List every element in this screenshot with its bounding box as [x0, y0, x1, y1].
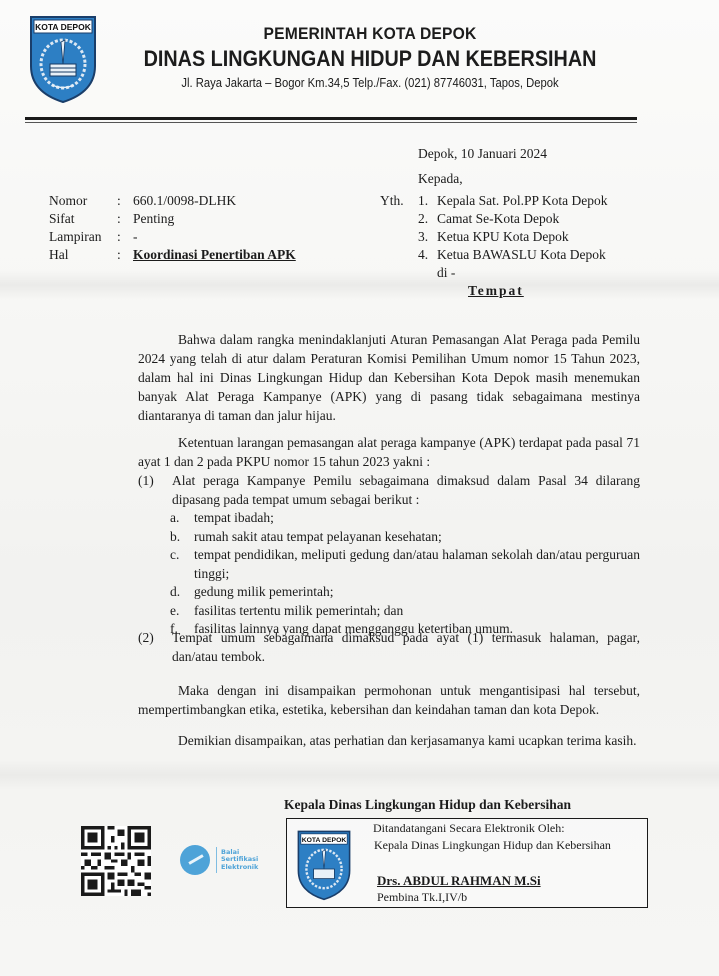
list-text: gedung milik pemerintah; [194, 583, 333, 602]
kota-depok-logo-icon: KOTA DEPOK [28, 14, 98, 104]
list-letter: c. [170, 546, 194, 583]
meta-value-subject: Koordinasi Penertiban APK [133, 246, 296, 264]
ayat-number: (2) [138, 628, 172, 647]
bsre-line: Elektronik [221, 864, 258, 872]
svg-text:KOTA DEPOK: KOTA DEPOK [35, 22, 92, 32]
recipient-item: 3. Ketua KPU Kota Depok [380, 228, 607, 246]
letter-meta: Nomor : 660.1/0098-DLHK Sifat : Penting … [49, 192, 296, 264]
signatory-name: Drs. ABDUL RAHMAN M.Si [377, 873, 541, 889]
recipient-text: Camat Se-Kota Depok [437, 210, 559, 228]
paragraph-3: Maka dengan ini disampaikan permohonan u… [138, 681, 640, 719]
recipient-text: Ketua BAWASLU Kota Depok [437, 246, 606, 264]
paragraph-text: Maka dengan ini disampaikan permohonan u… [138, 683, 640, 717]
meta-sep: : [117, 210, 133, 228]
letterhead-rule [25, 117, 637, 120]
paragraph-4: Demikian disampaikan, atas perhatian dan… [138, 731, 640, 750]
letter-date: Depok, 10 Januari 2024 [418, 146, 547, 162]
signatory-rank: Pembina Tk.I,IV/b [377, 890, 467, 905]
paragraph-text: Bahwa dalam rangka menindaklanjuti Atura… [138, 332, 640, 423]
meta-label: Nomor [49, 192, 117, 210]
letter-page: KOTA DEPOK PEMERINTAH KOTA DEPOK DINAS L… [0, 0, 719, 976]
meta-label: Sifat [49, 210, 117, 228]
meta-row-lampiran: Lampiran : - [49, 228, 296, 246]
svg-text:KOTA DEPOK: KOTA DEPOK [302, 837, 347, 844]
paragraph-text: Demikian disampaikan, atas perhatian dan… [178, 733, 636, 748]
recipient-num: 2. [418, 210, 437, 228]
letterhead-government: PEMERINTAH KOTA DEPOK [131, 24, 609, 44]
kota-depok-logo-icon: KOTA DEPOK [295, 829, 353, 901]
ayat-2: (2) Tempat umum sebagaimana dimaksud pad… [138, 628, 640, 666]
letterhead-agency: DINAS LINGKUNGAN HIDUP DAN KEBERSIHAN [136, 46, 604, 72]
paper-fold-shadow [0, 760, 719, 790]
list-item: a.tempat ibadah; [170, 509, 640, 528]
meta-row-sifat: Sifat : Penting [49, 210, 296, 228]
bsre-emblem-icon [180, 845, 210, 875]
letterhead-address: Jl. Raya Jakarta – Bogor Km.34,5 Telp./F… [136, 76, 604, 90]
list-text: tempat pendidikan, meliputi gedung dan/a… [194, 546, 640, 583]
recipient-num: 1. [418, 192, 437, 210]
letterhead: PEMERINTAH KOTA DEPOK DINAS LINGKUNGAN H… [110, 24, 630, 90]
list-text: rumah sakit atau tempat pelayanan keseha… [194, 528, 442, 547]
meta-value: - [133, 228, 138, 246]
prohibited-places-list: a.tempat ibadah; b.rumah sakit atau temp… [170, 509, 640, 639]
recipient-item: 2. Camat Se-Kota Depok [380, 210, 607, 228]
bsre-text: Balai Sertifikasi Elektronik [221, 849, 258, 872]
electronic-signature-box: KOTA DEPOK Ditandatangani Secara Elektro… [286, 818, 648, 908]
bsre-divider [216, 847, 217, 873]
signature-position: Kepala Dinas Lingkungan Hidup dan Kebers… [374, 838, 611, 853]
list-letter: d. [170, 583, 194, 602]
list-item: d.gedung milik pemerintah; [170, 583, 640, 602]
recipient-prefix: Yth. [380, 192, 418, 210]
meta-label: Hal [49, 246, 117, 264]
meta-sep: : [117, 228, 133, 246]
paragraph-2: Ketentuan larangan pemasangan alat perag… [138, 433, 640, 471]
recipient-di: di - [437, 264, 607, 282]
list-item: b.rumah sakit atau tempat pelayanan kese… [170, 528, 640, 547]
meta-label: Lampiran [49, 228, 117, 246]
letterhead-rule-thin [25, 122, 637, 123]
paper-fold-shadow [0, 270, 719, 300]
list-item: c.tempat pendidikan, meliputi gedung dan… [170, 546, 640, 583]
recipient-num: 3. [418, 228, 437, 246]
meta-row-nomor: Nomor : 660.1/0098-DLHK [49, 192, 296, 210]
meta-sep: : [117, 192, 133, 210]
recipient-num: 4. [418, 246, 437, 264]
recipients: Yth. 1. Kepala Sat. Pol.PP Kota Depok 2.… [380, 192, 607, 282]
list-text: tempat ibadah; [194, 509, 274, 528]
recipient-text: Ketua KPU Kota Depok [437, 228, 569, 246]
signatory-title: Kepala Dinas Lingkungan Hidup dan Kebers… [284, 797, 571, 813]
recipient-tempat: Tempat [468, 283, 524, 299]
qr-code-icon [80, 826, 152, 896]
list-item: e.fasilitas tertentu milik pemerintah; d… [170, 602, 640, 621]
list-letter: a. [170, 509, 194, 528]
paragraph-text: Ketentuan larangan pemasangan alat perag… [138, 435, 640, 469]
meta-value: 660.1/0098-DLHK [133, 192, 236, 210]
paragraph-1: Bahwa dalam rangka menindaklanjuti Atura… [138, 330, 640, 425]
kepada-label: Kepada, [418, 171, 463, 187]
list-text: fasilitas tertentu milik pemerintah; dan [194, 602, 403, 621]
recipient-item: 4. Ketua BAWASLU Kota Depok [380, 246, 607, 264]
ayat-text: Alat peraga Kampanye Pemilu sebagaimana … [172, 471, 640, 509]
meta-row-hal: Hal : Koordinasi Penertiban APK [49, 246, 296, 264]
recipient-text: Kepala Sat. Pol.PP Kota Depok [437, 192, 607, 210]
meta-value: Penting [133, 210, 174, 228]
ayat-text: Tempat umum sebagaimana dimaksud pada ay… [172, 628, 640, 666]
bsre-logo: Balai Sertifikasi Elektronik [180, 845, 258, 875]
recipient-item: Yth. 1. Kepala Sat. Pol.PP Kota Depok [380, 192, 607, 210]
meta-sep: : [117, 246, 133, 264]
list-letter: e. [170, 602, 194, 621]
signature-caption: Ditandatangani Secara Elektronik Oleh: [373, 821, 565, 836]
ayat-number: (1) [138, 471, 172, 490]
list-letter: b. [170, 528, 194, 547]
ayat-1: (1) Alat peraga Kampanye Pemilu sebagaim… [138, 471, 640, 509]
